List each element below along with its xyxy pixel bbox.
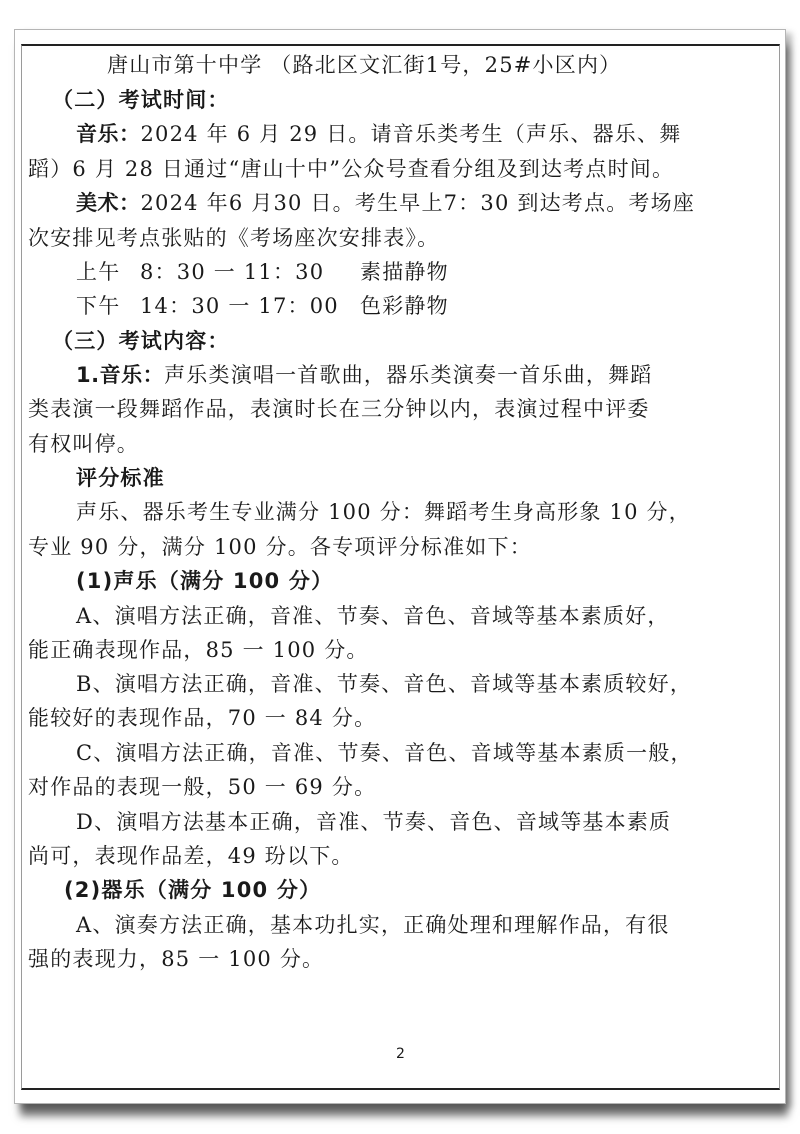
scoring-intro-line2: 专业 90 分，满分 100 分。各专项评分标准如下： [22,530,779,564]
music-content-label: 1.音乐： [76,363,164,387]
instrumental-item-a-line1: A、演奏方法正确，基本功扎实，正确处理和理解作品，有很 [22,908,779,942]
vocal-item-c-line1: C、演唱方法正确，音准、节奏、音色、音域等基本素质一般， [22,736,779,770]
section-3-heading: （三）考试内容： [22,324,779,358]
scoring-intro-line1: 声乐、器乐考生专业满分 100 分：舞蹈考生身高形象 10 分， [22,495,779,529]
vocal-item-d-line2: 尚可，表现作品差，49 玢以下。 [22,839,779,873]
music-time-text: 2024 年 6 月 29 日。请音乐类考生（声乐、器乐、舞 [141,122,682,146]
schedule-row-afternoon: 下午14：30 一 17：00色彩静物 [22,289,779,323]
music-content-line3: 有权叫停。 [22,427,779,461]
music-content-line1: 1.音乐：声乐类演唱一首歌曲，器乐类演奏一首乐曲，舞蹈 [22,358,779,392]
vocal-item-b-line1: B、演唱方法正确，音准、节奏、音色、音域等基本素质较好， [22,667,779,701]
music-time-paragraph-line2: 蹈）6 月 28 日通过“唐山十中”公众号查看分组及到达考点时间。 [22,152,779,186]
schedule-period: 下午 [76,289,140,323]
page-frame: 唐山市第十中学 （路北区文汇街1号，25#小区内） （二）考试时间： 音乐：20… [21,44,780,1090]
schedule-time: 8：30 一 11：30 [140,255,360,289]
art-label: 美术： [76,191,141,215]
vocal-item-d-line1: D、演唱方法基本正确，音准、节奏、音色、音域等基本素质 [22,805,779,839]
music-time-paragraph-line1: 音乐：2024 年 6 月 29 日。请音乐类考生（声乐、器乐、舞 [22,117,779,151]
art-time-paragraph-line2: 次安排见考点张贴的《考场座次安排表》。 [22,221,779,255]
schedule-period: 上午 [76,255,140,289]
music-content-line2: 类表演一段舞蹈作品，表演时长在三分钟以内，表演过程中评委 [22,392,779,426]
art-time-text: 2024 年6 月30 日。考生早上7：30 到达考点。考场座 [141,191,696,215]
address-line: 唐山市第十中学 （路北区文汇街1号，25#小区内） [22,48,779,82]
music-label: 音乐： [76,122,141,146]
page-number: 2 [22,1046,779,1062]
schedule-row-morning: 上午8：30 一 11：30素描静物 [22,255,779,289]
section-2-heading: （二）考试时间： [22,83,779,117]
vocal-item-a-line2: 能正确表现作品，85 一 100 分。 [22,633,779,667]
art-time-paragraph-line1: 美术：2024 年6 月30 日。考生早上7：30 到达考点。考场座 [22,186,779,220]
vocal-heading: (1)声乐（满分 100 分） [22,564,779,598]
vocal-item-b-line2: 能较好的表现作品，70 一 84 分。 [22,701,779,735]
schedule-subject: 色彩静物 [360,289,449,323]
scoring-heading: 评分标准 [22,461,779,495]
vocal-item-c-line2: 对作品的表现一般，50 一 69 分。 [22,770,779,804]
vocal-item-a-line1: A、演唱方法正确，音准、节奏、音色、音域等基本素质好， [22,599,779,633]
instrumental-item-a-line2: 强的表现力，85 一 100 分。 [22,942,779,976]
instrumental-heading: (2)器乐（满分 100 分） [22,873,779,907]
schedule-time: 14：30 一 17：00 [140,289,360,323]
document-page: 唐山市第十中学 （路北区文汇街1号，25#小区内） （二）考试时间： 音乐：20… [14,29,786,1104]
schedule-subject: 素描静物 [360,255,449,289]
music-content-text: 声乐类演唱一首歌曲，器乐类演奏一首乐曲，舞蹈 [164,363,652,387]
